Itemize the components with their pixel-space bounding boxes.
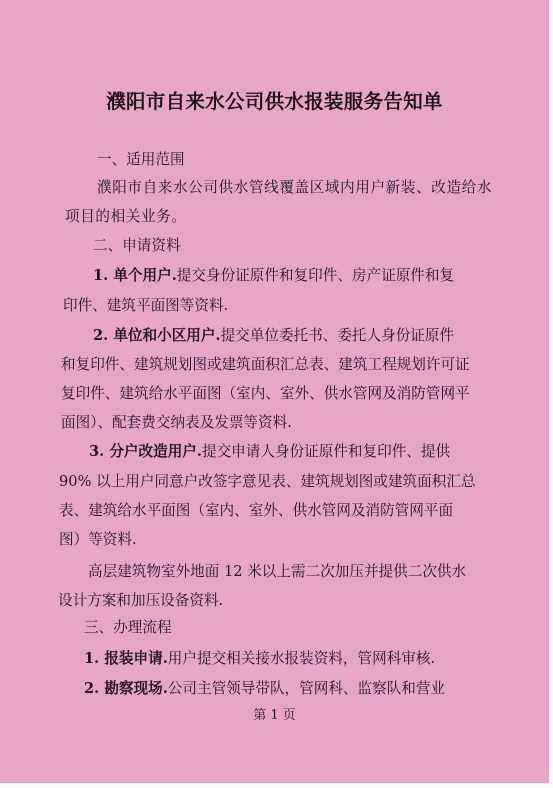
item-label: 3. 分户改造用户. (89, 443, 202, 460)
paragraph-line: 和复印件、建筑规划图或建筑面积汇总表、建筑工程规划许可证 (61, 355, 470, 375)
item-text: 提交申请人身份证原件和复印件、提供 (202, 443, 450, 460)
item-single-user: 1. 单个用户.提交身份证原件和复印件、房产证原件和复 (93, 266, 454, 286)
paragraph-line: 面图）、配套费交纳表及发票等资料. (61, 413, 292, 433)
section-heading-process: 三、办理流程 (84, 618, 172, 638)
document-title: 濮阳市自来水公司供水报装服务告知单 (0, 86, 549, 114)
item-text: 用户提交相关接水报装资料，管网科审核. (168, 650, 435, 667)
item-site-survey: 2. 勘察现场.公司主管领导带队，管网科、监察队和营业 (84, 679, 445, 699)
paragraph-line: 表、建筑给水平面图（室内、室外、供水管网及消防管网平面 (59, 501, 453, 521)
note-line: 设计方案和加压设备资料. (58, 591, 223, 611)
document-page: 濮阳市自来水公司供水报装服务告知单 一、适用范围 濮阳市自来水公司供水管线覆盖区… (0, 0, 549, 783)
item-unit-user: 2. 单位和小区用户.提交单位委托书、委托人身份证原件 (93, 326, 454, 346)
item-label: 1. 单个用户. (93, 267, 177, 284)
paragraph-line: 图）等资料. (59, 530, 137, 550)
paragraph-line: 印件、建筑平面图等资料. (63, 296, 228, 316)
item-text: 提交单位委托书、委托人身份证原件 (221, 327, 455, 344)
paragraph-line: 濮阳市自来水公司供水管线覆盖区域内用户新装、改造给水 (97, 178, 492, 198)
paragraph-line: 90% 以上用户同意户改签字意见表、建筑规划图或建筑面积汇总 (59, 472, 476, 492)
page-number: 第 1 页 (0, 704, 549, 723)
paragraph-line: 复印件、建筑给水平面图（室内、室外、供水管网及消防管网平 (61, 384, 470, 404)
item-renovation-user: 3. 分户改造用户.提交申请人身份证原件和复印件、提供 (89, 442, 450, 462)
item-label: 2. 勘察现场. (84, 680, 168, 697)
item-text: 提交身份证原件和复印件、房产证原件和复 (177, 267, 454, 284)
item-text: 公司主管领导带队，管网科、监察队和营业 (168, 680, 445, 697)
item-label: 1. 报装申请. (84, 650, 168, 667)
section-heading-scope: 一、适用范围 (97, 150, 185, 170)
section-heading-materials: 二、申请资料 (93, 236, 181, 256)
paragraph-line: 项目的相关业务。 (65, 207, 187, 227)
item-label: 2. 单位和小区用户. (93, 327, 221, 344)
note-line: 高层建筑物室外地面 12 米以上需二次加压并提供二次供水 (88, 562, 466, 582)
item-application: 1. 报装申请.用户提交相关接水报装资料，管网科审核. (84, 649, 435, 669)
